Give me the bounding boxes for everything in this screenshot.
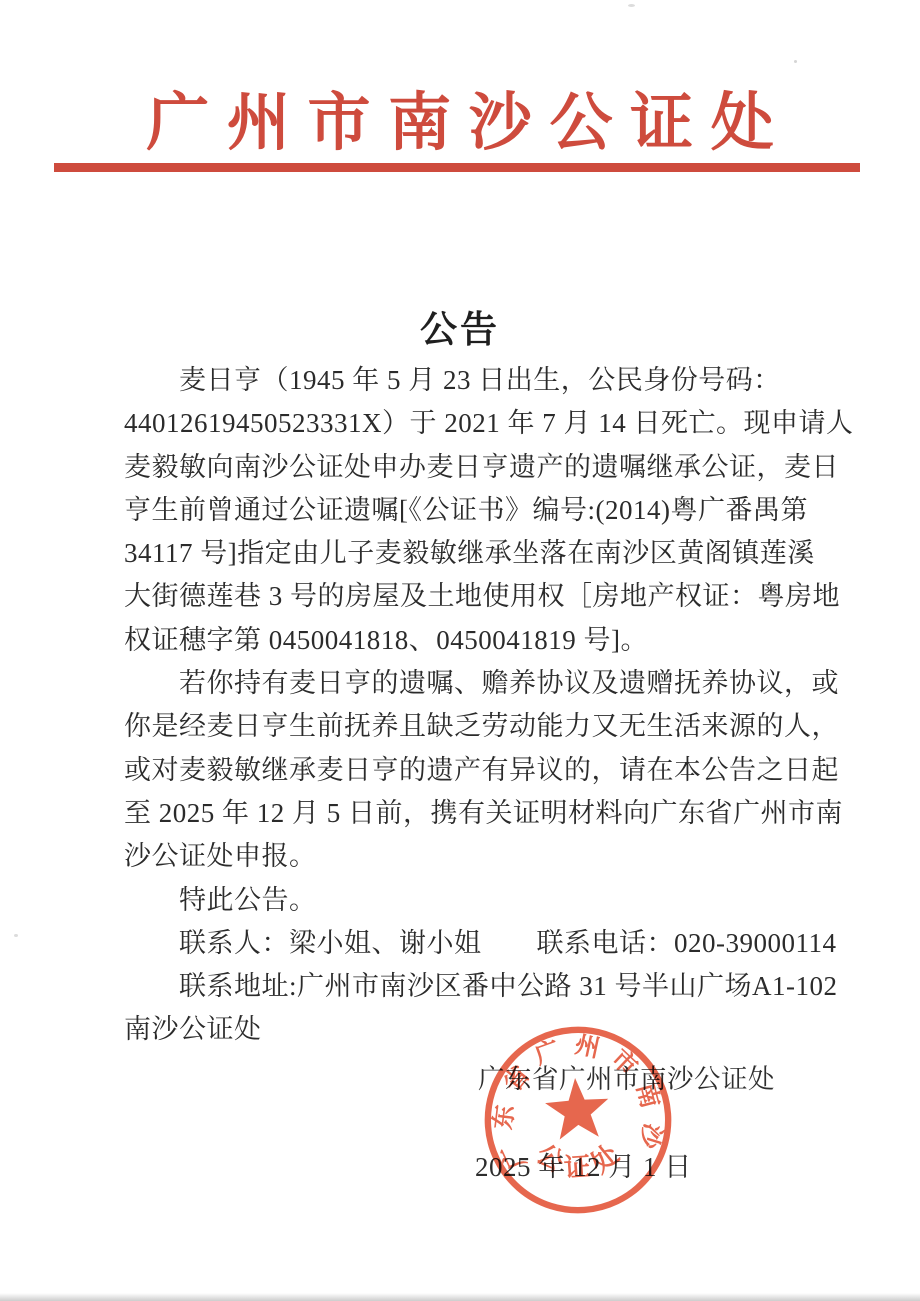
seal-bottom-text: 公证处 xyxy=(530,1133,632,1186)
seal-star-icon xyxy=(543,1076,610,1141)
body-line: 麦日亨（1945 年 5 月 23 日出生，公民身份号码： xyxy=(124,359,828,402)
masthead-divider-rule xyxy=(54,163,860,172)
body-line: 麦毅敏向南沙公证处申办麦日亨遗产的遗嘱继承公证，麦日 xyxy=(124,446,828,489)
official-seal: 广东省广州市南沙 公证处 xyxy=(473,1015,682,1224)
notarial-announcement-page: 广州市南沙公证处 公告 麦日亨（1945 年 5 月 23 日出生，公民身份号码… xyxy=(0,0,920,1301)
scan-speckle xyxy=(794,60,797,63)
document-title: 公告 xyxy=(0,299,920,353)
body-line contact-line: 联系地址:广州市南沙区番中公路 31 号半山广场A1-102 xyxy=(124,965,828,1008)
notary-office-masthead: 广州市南沙公证处 xyxy=(0,72,920,163)
body-line: 你是经麦日亨生前抚养且缺乏劳动能力又无生活来源的人， xyxy=(124,705,828,748)
body-line: 亨生前曾通过公证遗嘱[《公证书》编号:(2014)粤广番禺第 xyxy=(124,489,828,532)
scan-speckle xyxy=(14,934,18,937)
body-line: 或对麦毅敏继承麦日亨的遗产有异议的，请在本公告之日起 xyxy=(124,749,828,792)
body-line: 特此公告。 xyxy=(124,879,828,922)
body-line: 34117 号]指定由儿子麦毅敏继承坐落在南沙区黄阁镇莲溪 xyxy=(124,532,828,575)
body-line: 44012619450523331X）于 2021 年 7 月 14 日死亡。现… xyxy=(124,402,828,445)
document-body: 麦日亨（1945 年 5 月 23 日出生，公民身份号码： 4401261945… xyxy=(124,359,828,1052)
body-line: 至 2025 年 12 月 5 日前，携有关证明材料向广东省广州市南 xyxy=(124,792,828,835)
body-line: 大街德莲巷 3 号的房屋及土地使用权［房地产权证：粤房地 xyxy=(124,575,828,618)
scan-bottom-shadow xyxy=(0,1293,920,1301)
body-line: 沙公证处申报。 xyxy=(124,835,828,878)
body-line: 权证穗字第 0450041818、0450041819 号]。 xyxy=(124,619,828,662)
body-line contact-line: 联系人：梁小姐、谢小姐 联系电话：020-39000114 xyxy=(124,922,828,965)
scan-speckle xyxy=(628,4,635,7)
body-line: 若你持有麦日亨的遗嘱、赡养协议及遗赠抚养协议，或 xyxy=(124,662,828,705)
